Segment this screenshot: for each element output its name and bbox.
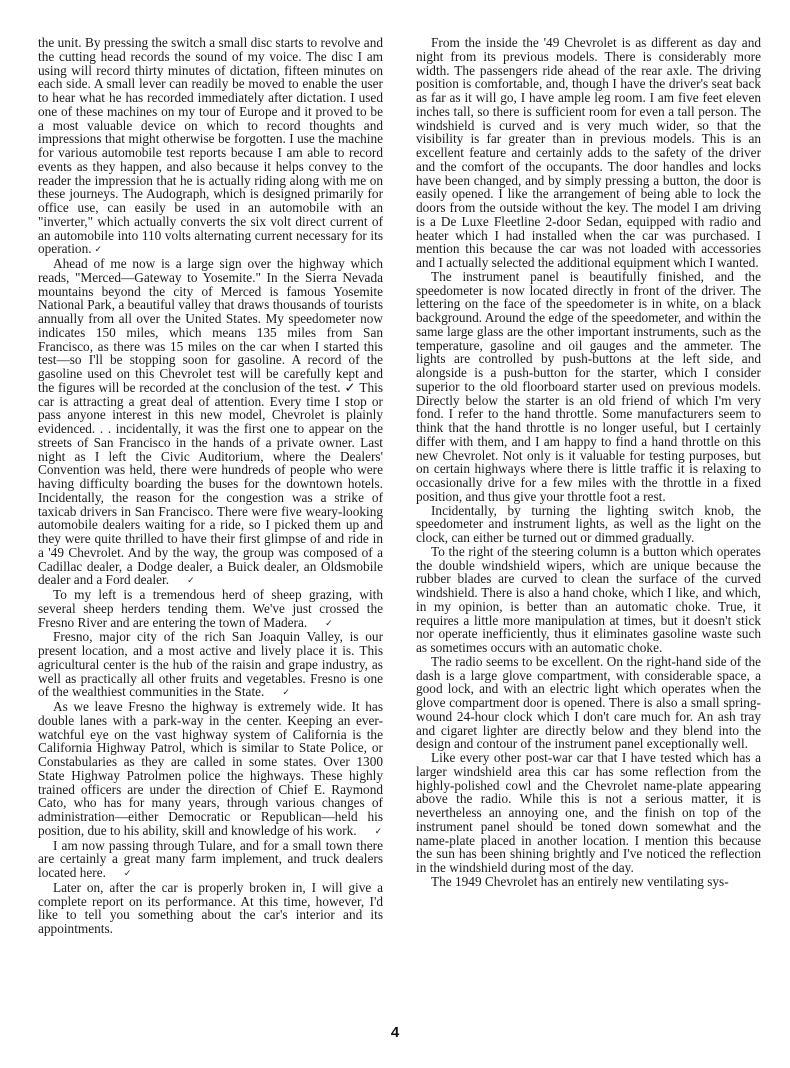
check-mark-icon: ✓ <box>95 243 103 257</box>
check-mark-icon: ✓ <box>109 867 132 881</box>
paragraph: Fresno, major city of the rich San Joaqu… <box>38 630 383 700</box>
document-page: the unit. By pressing the switch a small… <box>0 0 790 1068</box>
paragraph: From the inside the '49 Chevrolet is as … <box>416 36 761 270</box>
paragraph: As we leave Fresno the highway is extrem… <box>38 700 383 839</box>
paragraph: The radio seems to be excellent. On the … <box>416 655 761 751</box>
check-mark-icon: ✓ <box>267 686 290 700</box>
paragraph: To my left is a tremendous herd of sheep… <box>38 588 383 630</box>
paragraph: The 1949 Chevrolet has an entirely new v… <box>416 875 761 889</box>
paragraph: To the right of the steering column is a… <box>416 545 761 655</box>
page-number: 4 <box>0 1024 790 1041</box>
left-column: the unit. By pressing the switch a small… <box>38 36 383 936</box>
check-mark-icon: ✓ <box>172 574 195 588</box>
paragraph: the unit. By pressing the switch a small… <box>38 36 383 257</box>
paragraph: Ahead of me now is a large sign over the… <box>38 257 383 588</box>
paragraph: Incidentally, by turning the lighting sw… <box>416 504 761 545</box>
check-mark-icon: ✓ <box>310 617 333 631</box>
right-column: From the inside the '49 Chevrolet is as … <box>416 36 761 889</box>
paragraph: Like every other post-war car that I hav… <box>416 751 761 875</box>
paragraph: I am now passing through Tulare, and for… <box>38 839 383 881</box>
paragraph: The instrument panel is beautifully fini… <box>416 270 761 504</box>
check-mark-icon: ✓ <box>360 825 383 839</box>
paragraph: Later on, after the car is properly brok… <box>38 881 383 936</box>
